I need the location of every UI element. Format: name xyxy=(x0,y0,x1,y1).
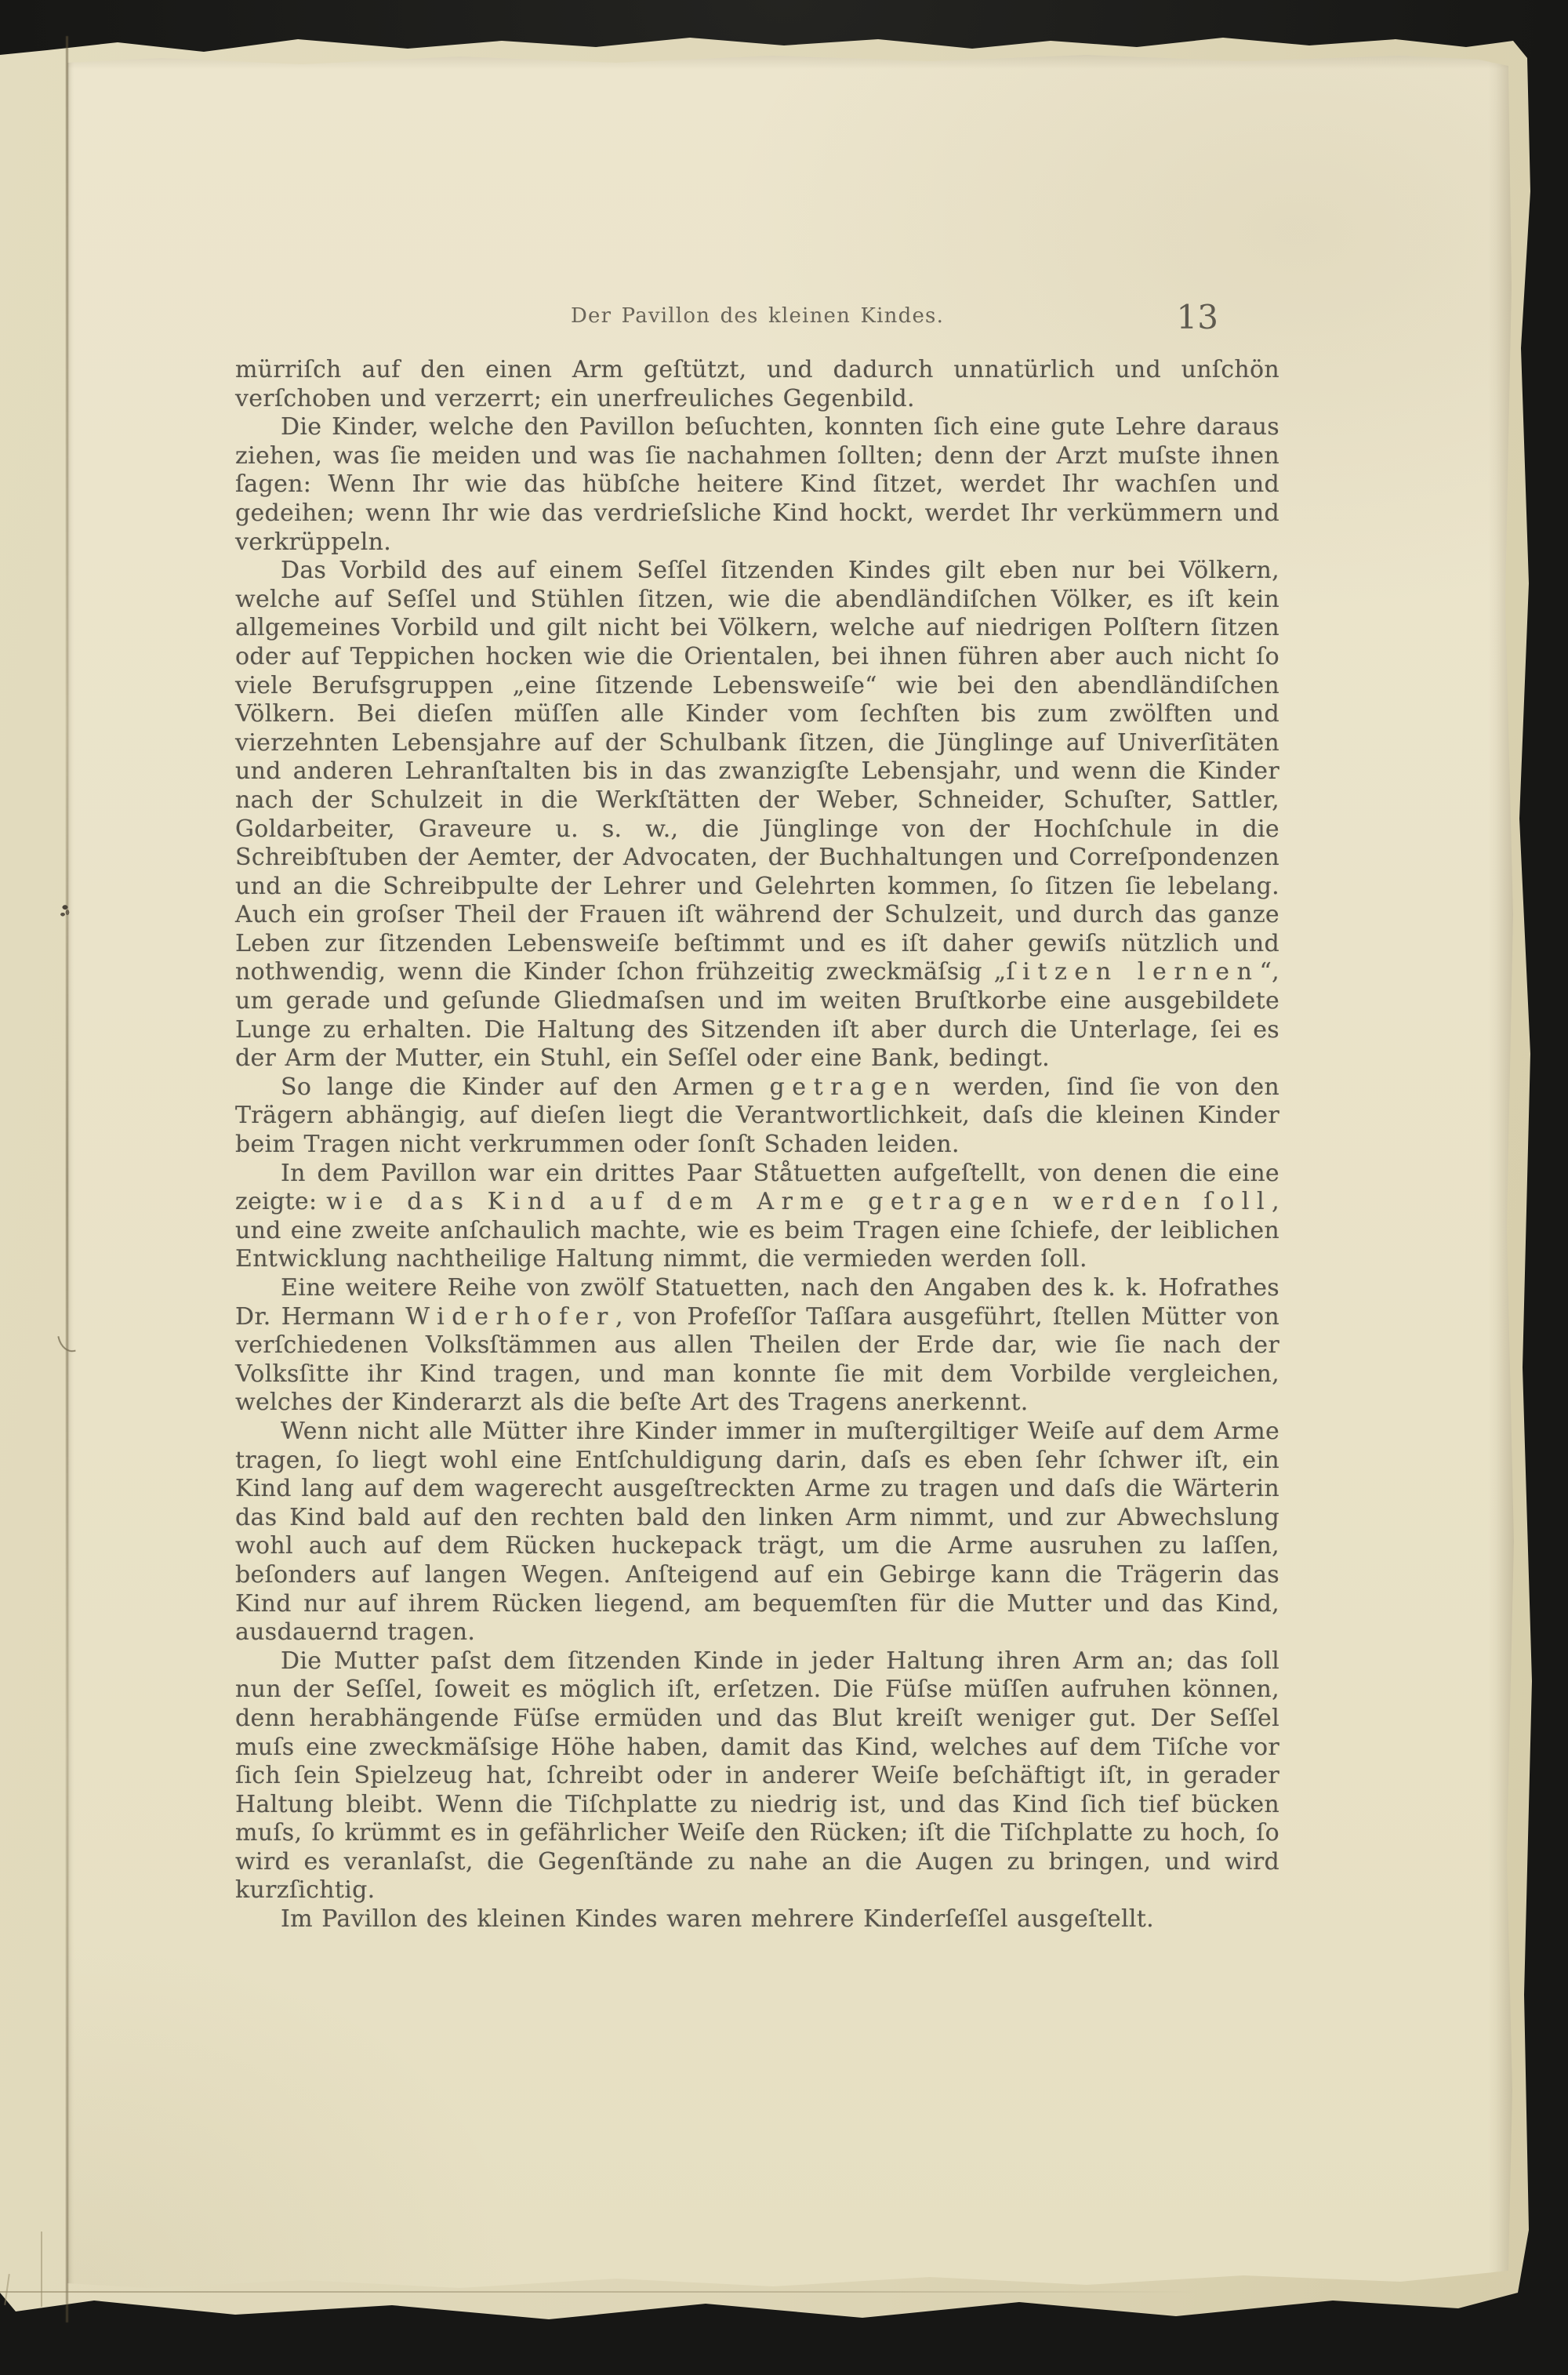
paragraph-text: Im Pavillon des kleinen Kindes waren meh… xyxy=(281,1905,1154,1933)
paragraph: Das Vorbild des auf einem Seſſel ſitzend… xyxy=(235,557,1279,1073)
page-edge-crease xyxy=(41,2232,42,2307)
book-page: Der Pavillon des kleinen Kindes. 13 mürr… xyxy=(67,52,1515,2294)
paragraph-text: Wenn nicht alle Mütter ihre Kinder immer… xyxy=(235,1418,1279,1646)
page-number: 13 xyxy=(1177,298,1218,336)
paragraph-text: Das Vorbild des auf einem Seſſel ſitzend… xyxy=(235,557,1279,986)
scan-background: Der Pavillon des kleinen Kindes. 13 mürr… xyxy=(0,0,1568,2375)
running-header: Der Pavillon des kleinen Kindes. 13 xyxy=(235,304,1279,343)
letterspaced-emphasis: ſitzen lernen xyxy=(1006,958,1259,986)
paragraph: So lange die Kinder auf den Armen getrag… xyxy=(235,1073,1279,1160)
under-page-edge-line xyxy=(0,2291,1200,2293)
text-block: mürriſch auf den einen Arm geſtützt, und… xyxy=(235,356,1279,1934)
binding-fold-line xyxy=(66,36,68,2322)
paragraph-text: So lange die Kinder auf den Armen xyxy=(281,1073,769,1101)
paragraph: Die Kinder, welche den Pavillon beſuchte… xyxy=(235,413,1279,557)
paragraph: Wenn nicht alle Mütter ihre Kinder immer… xyxy=(235,1418,1279,1647)
paragraph-text: Die Mutter paſst dem ſitzenden Kinde in … xyxy=(235,1647,1279,1905)
paragraph: Die Mutter paſst dem ſitzenden Kinde in … xyxy=(235,1647,1279,1905)
letterspaced-emphasis: wie das Kind auf dem Arme getragen werde… xyxy=(326,1188,1272,1215)
paragraph: Eine weitere Reihe von zwölf Statuetten,… xyxy=(235,1274,1279,1418)
letterspaced-emphasis: Widerhofer xyxy=(405,1303,615,1331)
paragraph: In dem Pavillon war ein drittes Paar Stå… xyxy=(235,1160,1279,1274)
binding-stitch-mark xyxy=(56,900,72,921)
paragraph-text: Die Kinder, welche den Pavillon beſuchte… xyxy=(235,413,1279,555)
paragraph: Im Pavillon des kleinen Kindes waren meh… xyxy=(235,1905,1279,1934)
letterspaced-emphasis: getragen xyxy=(769,1073,937,1101)
header-title: Der Pavillon des kleinen Kindes. xyxy=(235,304,1279,328)
paragraph-text: mürriſch auf den einen Arm geſtützt, und… xyxy=(235,356,1279,412)
paragraph: mürriſch auf den einen Arm geſtützt, und… xyxy=(235,356,1279,413)
